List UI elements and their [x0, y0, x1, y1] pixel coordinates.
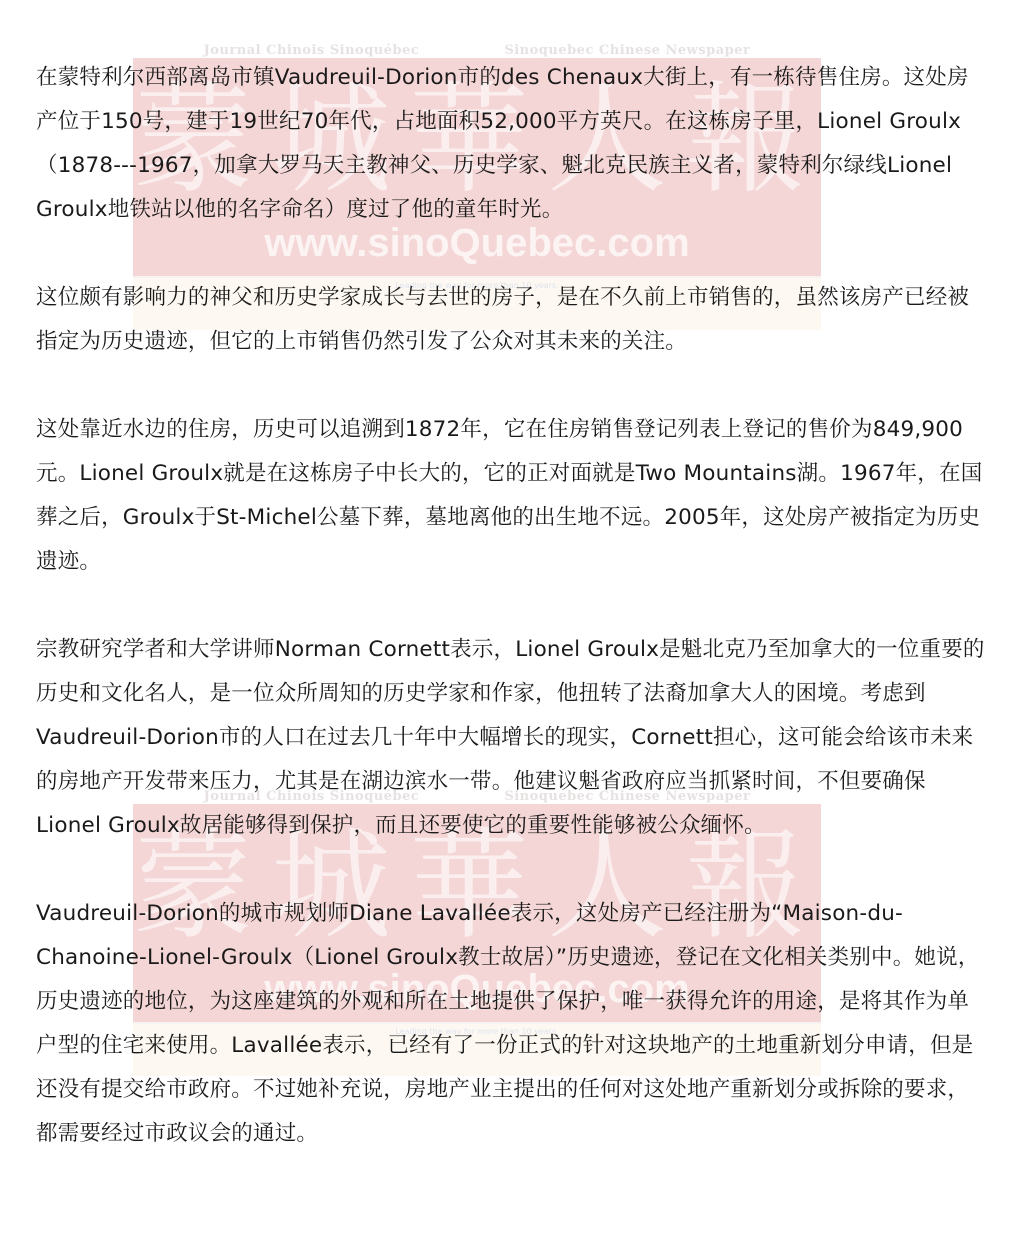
article-paragraph-5: Vaudreuil-Dorion的城市规划师Diane Lavallée表示，这… [36, 892, 988, 1156]
article-paragraph-2: 这位颇有影响力的神父和历史学家成长与去世的房子，是在不久前上市销售的，虽然该房产… [36, 276, 988, 364]
article-paragraph-1: 在蒙特利尔西部离岛市镇Vaudreuil-Dorion市的des Chenaux… [36, 56, 988, 232]
article-paragraph-3: 这处靠近水边的住房，历史可以追溯到1872年，它在住房销售登记列表上登记的售价为… [36, 408, 988, 584]
article-body: 在蒙特利尔西部离岛市镇Vaudreuil-Dorion市的des Chenaux… [0, 0, 988, 1156]
article-paragraph-4: 宗教研究学者和大学讲师Norman Cornett表示，Lionel Groul… [36, 628, 988, 848]
